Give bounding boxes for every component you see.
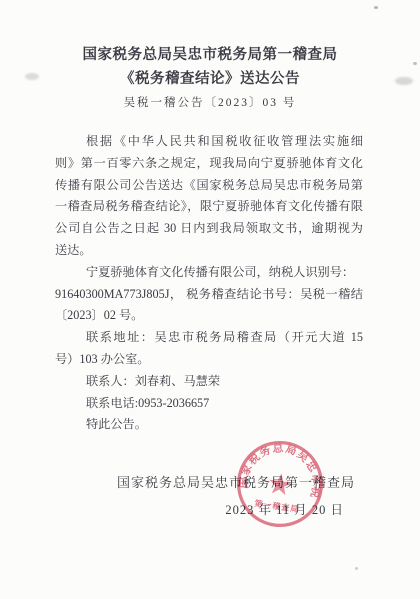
document-page: 国家税务总局吴忠市税务局第一稽查局 《税务稽查结论》送达公告 吴税一稽公告〔20… bbox=[0, 0, 420, 599]
scan-speck bbox=[355, 567, 358, 570]
body-line: 〔2023〕02 号。 bbox=[55, 305, 363, 327]
body-line-contact-address: 联系地址：吴忠市税务局稽查局（开元大道 15 bbox=[55, 327, 363, 349]
body-line: 91640300MA773J805J， 税务稽查结论书号：吴税一稽结 bbox=[55, 284, 363, 306]
title-block: 国家税务总局吴忠市税务局第一稽查局 《税务稽查结论》送达公告 吴税一稽公告〔20… bbox=[0, 43, 420, 112]
body-line: 传播有限公司公告送达《国家税务总局吴忠市税务局第 bbox=[55, 175, 363, 197]
body-line: 根据《中华人民共和国税收征收管理法实施细 bbox=[55, 131, 363, 153]
body-line: 一稽查局税务稽查结论》，限宁夏骄驰体育文化传播有限 bbox=[55, 196, 363, 218]
body-line: 公司自公告之日起 30 日内到我局领取文书，逾期视为 bbox=[55, 218, 363, 240]
document-number: 吴税一稽公告〔2023〕03 号 bbox=[0, 94, 420, 112]
page-title-line2: 《税务稽查结论》送达公告 bbox=[0, 67, 420, 91]
body-line-contact-address: 号）103 办公室。 bbox=[55, 349, 363, 371]
body-text: 根据《中华人民共和国税收征收管理法实施细 则》第一百零六条之规定，现我局向宁夏骄… bbox=[55, 131, 363, 436]
seal-star-icon bbox=[268, 472, 293, 496]
body-line-closing: 特此公告。 bbox=[55, 414, 363, 436]
seal-bottom-text: 第一稽查局 bbox=[254, 498, 300, 514]
page-title-line1: 国家税务总局吴忠市税务局第一稽查局 bbox=[0, 43, 420, 67]
body-line: 送达。 bbox=[55, 240, 363, 262]
official-seal: 国家税务总局吴忠市税务局 第一稽查局 bbox=[229, 433, 331, 535]
body-line-contact-phone: 联系电话:0953-2036657 bbox=[55, 393, 363, 415]
seal-ring-text: 国家税务总局吴忠市税务局 bbox=[229, 433, 330, 500]
body-line: 则》第一百零六条之规定，现我局向宁夏骄驰体育文化 bbox=[55, 153, 363, 175]
scan-speck bbox=[374, 6, 378, 9]
body-line-contact-person: 联系人：刘春莉、马慧荣 bbox=[55, 371, 363, 393]
body-line: 宁夏骄驰体育文化传播有限公司，纳税人识别号： bbox=[55, 262, 363, 284]
